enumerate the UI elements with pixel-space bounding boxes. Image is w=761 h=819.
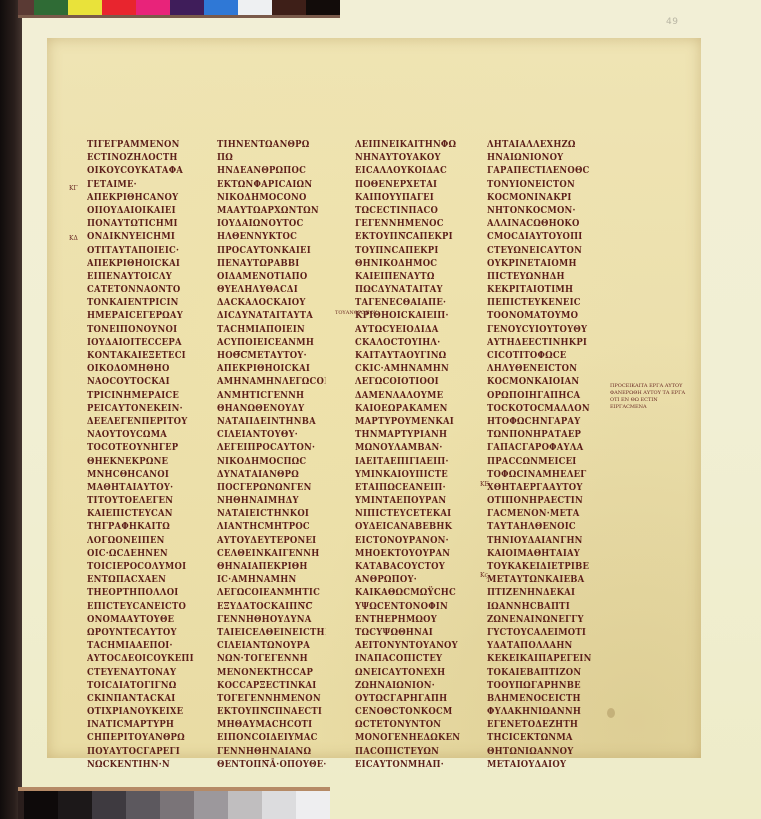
grayscale-calibration-bar bbox=[18, 787, 330, 819]
manuscript-line: ΝΩϹΚΕΝΤΙΗΝ·Ν bbox=[87, 758, 196, 771]
manuscript-line: ΤΟΚΑΙΕΒΑΠΤΙΖΟΝ bbox=[487, 666, 596, 679]
gray-swatch bbox=[58, 791, 92, 819]
manuscript-line: ΠΡΑϹϹΩΝΜΕΙϹΕΙ bbox=[487, 455, 596, 468]
manuscript-line: ΛΕΙΠΝΕΙΚΑΙΤΗΝΦΩ bbox=[355, 138, 464, 151]
manuscript-line: ΘΥΕΛΗΛΥΘΑϹΔΙ bbox=[217, 283, 326, 296]
manuscript-line: ΝΙΠΙϹΤΕΥϹΕΤΕΚΑΙ bbox=[355, 507, 464, 520]
manuscript-line: ΩΡΟΥΝΤΕϹΑΥΤΟΥ bbox=[87, 626, 196, 639]
manuscript-line: ΕΙΠΟΝϹΟΙΔΕΙΥΜΑϹ bbox=[217, 731, 326, 744]
manuscript-line: ΤΟΥΚΑΚΕΙΔΙΕΤΡΙΒΕ bbox=[487, 560, 596, 573]
manuscript-line: ΛΟΓΩΟΝΕΙΠΕΝ bbox=[87, 534, 196, 547]
manuscript-line: ΛΕΓΕΙΠΡΟϹΑΥΤΟΝ· bbox=[217, 441, 326, 454]
manuscript-line: ϹΕΝΟΘϹΤΟΝΚΟϹΜ bbox=[355, 705, 464, 718]
page-number: 49 bbox=[666, 17, 678, 27]
color-swatch bbox=[272, 0, 306, 15]
manuscript-line: ΜΝΗϹΘΗϹΑΝΟΙ bbox=[87, 468, 196, 481]
manuscript-line: ΤΡΙϹΙΝΗΜΕΡΑΙϹΕ bbox=[87, 389, 196, 402]
text-column-2: ΤΙΗΝΕΝΤΩΑΝΘΡΩΠΩΗΝΔΕΑΝΘΡΩΠΟϹΕΚΤΩΝΦΑΡΙϹΑΙΩ… bbox=[217, 138, 335, 771]
manuscript-line: ΑΥΤΟϹΔΕΟΙϹΟΥΚΕΠΙ bbox=[87, 652, 196, 665]
manuscript-line: ΜΕΤΑΥΤΩΝΚΑΙΕΒΑ bbox=[487, 573, 596, 586]
color-swatch bbox=[102, 0, 136, 15]
manuscript-line: ΕΙϹΑΥΤΟΝΜΗΑΠ· bbox=[355, 758, 464, 771]
manuscript-line: ΒΛΗΜΕΝΟϹΕΙϹΤΗ bbox=[487, 692, 596, 705]
color-swatch bbox=[238, 0, 272, 15]
manuscript-line: ΕΝΤΩΠΑϹΧΑΕΝ bbox=[87, 573, 196, 586]
manuscript-line: ΠΕΝΑΥΤΩΡΑΒΒΙ bbox=[217, 257, 326, 270]
margin-correction-note: ΠΡΟϹΕΙΚΑΙΤΑ ΕΡΓΑ ΑΥΤΟΥΦΑΝΕΡΩΘΗ ΑΥΤΟΥ ΤΑ … bbox=[610, 383, 685, 411]
manuscript-line: ΑΠΕΚΡΙΘΗϹΑΝΟΥ bbox=[87, 191, 196, 204]
manuscript-line: ϹΙΛΕΙΑΝΤΟΥΘΥ· bbox=[217, 428, 326, 441]
manuscript-line: ΘΗΝΙΚΟΔΗΜΟϹ bbox=[355, 257, 464, 270]
manuscript-line: ΟΥΚΡΙΝΕΤΑΙΟΜΗ bbox=[487, 257, 596, 270]
manuscript-line: ΚΟϹΜΟΝΚΑΙΟΙΑΝ bbox=[487, 375, 596, 388]
manuscript-line: ΜΑΑΥΤΩΑΡΧΩΝΤΩΝ bbox=[217, 204, 326, 217]
manuscript-line: ΤΗΓΡΑΦΗΚΑΙΤΩ bbox=[87, 520, 196, 533]
manuscript-line: ΖΩΗΝΑΙΩΝΙΟΝ· bbox=[355, 679, 464, 692]
manuscript-line: ΟΡΩΠΟΙΗΓΑΠΗϹΑ bbox=[487, 389, 596, 402]
manuscript-line: ΝΑΤΑΙΕΙϹΤΗΝΚΟΙ bbox=[217, 507, 326, 520]
manuscript-line: ΦΥΛΑΚΗΝΙΩΑΝΝΗ bbox=[487, 705, 596, 718]
manuscript-line: ΑΥΤΩϹΥΕΙΟΔΙΔΑ bbox=[355, 323, 464, 336]
text-column-4: ΛΗΤΑΙΑΛΛΕΧΗΖΩΗΝΑΙΩΝΙΟΝΟΥΓΑΡΑΠΕϹΤΙΛΕΝΟΘϹΤ… bbox=[487, 138, 605, 771]
manuscript-line: ΤΟϹΚΟΤΟϹΜΑΛΛΟΝ bbox=[487, 402, 596, 415]
manuscript-line: ΠΩ bbox=[217, 151, 326, 164]
gray-swatch bbox=[24, 791, 58, 819]
manuscript-line: ΜΩΝΟΥΛΑΜΒΑΝ· bbox=[355, 441, 464, 454]
manuscript-line: ΝΑΟϹΟΥΤΟϹΚΑΙ bbox=[87, 375, 196, 388]
manuscript-line: ΧΘΗΤΑΕΡΓΑΑΥΤΟΥ bbox=[487, 481, 596, 494]
gray-swatch bbox=[228, 791, 262, 819]
manuscript-line: ΑΜΗΝΑΜΗΝΛΕΓΩϹΟΙ bbox=[217, 375, 326, 388]
manuscript-line: ΚΑΤΑΒΑϹΟΥϹΤΟΥ bbox=[355, 560, 464, 573]
manuscript-line: ΝΙΚΟΔΗΜΟϹΠΩϹ bbox=[217, 455, 326, 468]
manuscript-line: ΗΛΘΕΝΝΥΚΤΟϹ bbox=[217, 230, 326, 243]
margin-note-line: ΕΙΡΓΑϹΜΕΝΑ bbox=[610, 404, 685, 411]
manuscript-line: ΟΙϹ·ΩϹΔΕΗΝΕΝ bbox=[87, 547, 196, 560]
manuscript-line: ΔΑΜΕΝΛΑΛΟΥΜΕ bbox=[355, 389, 464, 402]
manuscript-line: ΗΟΘ̅Ϲ̅ΜΕΤΑΥΤΟΥ· bbox=[217, 349, 326, 362]
manuscript-line: ΠΑϹΟΠΙϹΤΕΥΩΝ bbox=[355, 745, 464, 758]
manuscript-line: ΚΑΙΕΙΠΕΝΑΥΤΩ bbox=[355, 270, 464, 283]
manuscript-line: ΔΑϹΚΑΛΟϹΚΑΙΟΥ bbox=[217, 296, 326, 309]
manuscript-line: ΤΟΓΕΓΕΝΝΗΜΕΝΟΝ bbox=[217, 692, 326, 705]
manuscript-line: ΠΩϹΔΥΝΑΤΑΙΤΑΥ bbox=[355, 283, 464, 296]
manuscript-line: ΑΕΙΤΟΝΥΝΤΟΥΑΝΟΥ bbox=[355, 639, 464, 652]
manuscript-line: ΟΙΙΟΥΔΑΙΟΙΚΑΙΕΙ bbox=[87, 204, 196, 217]
margin-section-number: ΚΔ bbox=[69, 235, 78, 242]
margin-section-number: ΚΓ bbox=[69, 185, 78, 192]
manuscript-line: ΝΗΤΟΝΚΟϹΜΟΝ· bbox=[487, 204, 596, 217]
manuscript-line: ΟΤΙΠΟΝΗΡΑΕϹΤΙΝ bbox=[487, 494, 596, 507]
manuscript-line: ΜΗΘΑΥΜΑϹΗϹΟΤΙ bbox=[217, 718, 326, 731]
manuscript-line: ΩϹΤΕΤΟΝΥΝΤΟΝ bbox=[355, 718, 464, 731]
manuscript-line: ΜΕΝΟΝΕΚΤΗϹϹΑΡ bbox=[217, 666, 326, 679]
manuscript-line: ΚΑΙΚΑΘΩϹΜΩΫϹΗϹ bbox=[355, 586, 464, 599]
manuscript-line: ΩΝΕΙϹΑΥΤΟΝΕΧΗ bbox=[355, 666, 464, 679]
manuscript-line: ϹΤΕΥΕΝΑΥΤΟΝΑΥ bbox=[87, 666, 196, 679]
manuscript-line: ΚΑΙΟΙΜΑΘΗΤΑΙΑΥ bbox=[487, 547, 596, 560]
color-swatch bbox=[136, 0, 170, 15]
margin-note-line: ΠΡΟϹΕΙΚΑΙΤΑ ΕΡΓΑ ΑΥΤΟΥ bbox=[610, 383, 685, 390]
photo-left-edge bbox=[0, 0, 24, 819]
manuscript-line: ΝΑΤΑΙΙΔΕΙΝΤΗΝΒΑ bbox=[217, 415, 326, 428]
manuscript-line: ΛΕΓΩϹΟΙΕΑΝΜΗΤΙϹ bbox=[217, 586, 326, 599]
margin-correction: ΤΟΥΑΝΘΡΩΠΟΥ bbox=[335, 310, 377, 316]
manuscript-line: ϹΙΛΕΙΑΝΤΩΝΟΥΡΑ bbox=[217, 639, 326, 652]
manuscript-line: ΛΙΑΝΤΗϹΜΗΤΡΟϹ bbox=[217, 520, 326, 533]
manuscript-line: ΤΟΟΝΟΜΑΤΟΥΜΟ bbox=[487, 309, 596, 322]
manuscript-line: ϹΑΤΕΤΟΝΝΑΟΝΤΟ bbox=[87, 283, 196, 296]
manuscript-line: ΕϹΤΙΝΟΖΗΛΟϹΤΗ bbox=[87, 151, 196, 164]
manuscript-line: ΟΙΔΑΜΕΝΟΤΙΑΠΟ bbox=[217, 270, 326, 283]
manuscript-line: ΘΗΤΩΝΙΩΑΝΝΟΥ bbox=[487, 745, 596, 758]
manuscript-folio: ΤΙΓΕΓΡΑΜΜΕΝΟΝΕϹΤΙΝΟΖΗΛΟϹΤΗΟΙΚΟΥϹΟΥΚΑΤΑΦΑ… bbox=[47, 38, 701, 758]
manuscript-line: ΙϹ·ΑΜΗΝΑΜΗΝ bbox=[217, 573, 326, 586]
manuscript-line: ΠΟΥΑΥΤΟϹΓΑΡΕΓΙ bbox=[87, 745, 196, 758]
manuscript-line: ΕΝΤΗΕΡΗΜΩΟΥ bbox=[355, 613, 464, 626]
manuscript-line: ΡΕΙϹΑΥΤΟΝΕΚΕΙΝ· bbox=[87, 402, 196, 415]
manuscript-line: ΤΗΝΙΟΥΔΑΙΑΝΓΗΝ bbox=[487, 534, 596, 547]
manuscript-line: ΤΟΝΕΙΠΟΝΟΥΝΟΙ bbox=[87, 323, 196, 336]
manuscript-line: ΑΝΘΡΩΠΟΥ· bbox=[355, 573, 464, 586]
manuscript-line: ΝΗΝΑΥΤΟΥΑΚΟΥ bbox=[355, 151, 464, 164]
manuscript-line: ΑΠΕΚΡΙΘΗΟΙϹΚΑΙ bbox=[217, 362, 326, 375]
manuscript-line: ΤΟΝΥΙΟΝΕΙϹΤΟΝ bbox=[487, 178, 596, 191]
manuscript-line: ΟΙΚΟΔΟΜΗΘΗΟ bbox=[87, 362, 196, 375]
manuscript-line: ΔΥΝΑΤΑΙΑΝΘΡΩ bbox=[217, 468, 326, 481]
manuscript-line: ΔΕΕΛΕΓΕΝΠΕΡΙΤΟΥ bbox=[87, 415, 196, 428]
manuscript-line: ΤΑΥΤΑΗΛΘΕΝΟΙϹ bbox=[487, 520, 596, 533]
manuscript-line: ΓΕΓΕΝΝΗΜΕΝΟϹ bbox=[355, 217, 464, 230]
manuscript-line: ΘΗΑΝΩΘΕΝΟΥΔΥ bbox=[217, 402, 326, 415]
manuscript-line: ΕΓΕΝΕΤΟΔΕΖΗΤΗ bbox=[487, 718, 596, 731]
manuscript-line: ΟΤΙΤΑΥΤΑΠΟΙΕΙϹ· bbox=[87, 244, 196, 257]
manuscript-line: ΛΗΤΑΙΑΛΛΕΧΗΖΩ bbox=[487, 138, 596, 151]
manuscript-line: ΓΕΝΝΗΘΗΟΥΔΥΝΑ bbox=[217, 613, 326, 626]
manuscript-line: ΤΑϹΗΜΙΑΠΟΙΕΙΝ bbox=[217, 323, 326, 336]
manuscript-line: ΟΥΔΕΙϹΑΝΑΒΕΒΗΚ bbox=[355, 520, 464, 533]
manuscript-line: ΠΤΙΖΕΝΗΝΔΕΚΑΙ bbox=[487, 586, 596, 599]
manuscript-line: ΤΑΓΕΝΕϹΘΑΙΑΠΕ· bbox=[355, 296, 464, 309]
text-column-3: ΛΕΙΠΝΕΙΚΑΙΤΗΝΦΩΝΗΝΑΥΤΟΥΑΚΟΥΕΙϹΑΛΛΟΥΚΟΙΔΑ… bbox=[355, 138, 473, 771]
manuscript-line: ΟΝΟΜΑΑΥΤΟΥΘΕ bbox=[87, 613, 196, 626]
manuscript-line: ΚΑΙΠΟΥΥΠΑΓΕΙ bbox=[355, 191, 464, 204]
manuscript-line: ΓΥϹΤΟΥϹΑΛΕΙΜΟΤΙ bbox=[487, 626, 596, 639]
manuscript-line: ϹΤΕΥΩΝΕΙϹΑΥΤΟΝ bbox=[487, 244, 596, 257]
manuscript-line: ΕΙϹΤΟΝΟΥΡΑΝΟΝ· bbox=[355, 534, 464, 547]
color-swatch bbox=[204, 0, 238, 15]
manuscript-line: ΠΡΟϹΑΥΤΟΝΚΑΙΕΙ bbox=[217, 244, 326, 257]
manuscript-line: ΜΑΘΗΤΑΙΑΥΤΟΥ· bbox=[87, 481, 196, 494]
manuscript-line: ΤΩϹΥΨΩΘΗΝΑΙ bbox=[355, 626, 464, 639]
manuscript-line: ϹΕΛΘΕΙΝΚΑΙΓΕΝΝΗ bbox=[217, 547, 326, 560]
manuscript-line: ΕΠΙϹΤΕΥϹΑΝΕΙϹΤΟ bbox=[87, 600, 196, 613]
manuscript-line: ΚΑΙΤΑΥΤΑΟΥΓΙΝΩ bbox=[355, 349, 464, 362]
manuscript-line: ΤΗΝΜΑΡΤΥΡΙΑΝΗ bbox=[355, 428, 464, 441]
manuscript-line: ΤΙΤΟΥΤΟΕΛΕΓΕΝ bbox=[87, 494, 196, 507]
manuscript-line: ΤΟΙϹΔΙΑΤΟΓΙΓΝΩ bbox=[87, 679, 196, 692]
manuscript-line: ΙΝΑΠΑϹΟΠΙϹΤΕΥ bbox=[355, 652, 464, 665]
manuscript-line: ΕΚΤΟΥΠΝ̅Ϲ̅ΑΠΕΚΡΙ bbox=[355, 230, 464, 243]
manuscript-line: ΠΟΘΕΝΕΡΧΕΤΑΙ bbox=[355, 178, 464, 191]
manuscript-line: ΝΙΚΟΔΗΜΟϹΟΝΟ bbox=[217, 191, 326, 204]
manuscript-line: ΓΑΡΑΠΕϹΤΙΛΕΝΟΘϹ bbox=[487, 164, 596, 177]
manuscript-line: ΙΝΑΤΙϹΜΑΡΤΥΡΗ bbox=[87, 718, 196, 731]
manuscript-line: ΚΕΚΕΙΚΑΙΠΑΡΕΓΕΙΝ bbox=[487, 652, 596, 665]
manuscript-line: ΑΛΛΙΝΑϹΩΘΗΟΚΟ bbox=[487, 217, 596, 230]
manuscript-line: ΜΗΟΕΚΤΟΥΟΥΡΑΝ bbox=[355, 547, 464, 560]
manuscript-line: ΝΗΘΗΝΑΙΜΗΔΥ bbox=[217, 494, 326, 507]
gray-swatch bbox=[262, 791, 296, 819]
manuscript-line: ϹΙϹΟΤΙΤΟΦΩϹΕ bbox=[487, 349, 596, 362]
gray-swatch bbox=[160, 791, 194, 819]
manuscript-line: ΑΝΜΗΤΙϹΓΕΝΝΗ bbox=[217, 389, 326, 402]
manuscript-line: ΠΙϹΤΕΥΩΝΗΔΗ bbox=[487, 270, 596, 283]
manuscript-line: ΙΑΕΙΤΑΕΠΙΓΙΑΕΙΠ· bbox=[355, 455, 464, 468]
manuscript-line: ΚΕΚΡΙΤΑΙΟΤΙΜΗ bbox=[487, 283, 596, 296]
manuscript-line: ΗΤΟΦΩϹΗΝΓΑΡΑΥ bbox=[487, 415, 596, 428]
manuscript-line: ΟΝΔΙΚΝΥΕΙϹΗΜΙ bbox=[87, 230, 196, 243]
manuscript-line: ΕΚΤΟΥΠΝ̅Ϲ̅ΠΝΑΕϹΤΙ bbox=[217, 705, 326, 718]
manuscript-line: ΠΟΝΑΥΤΩΤΙϹΗΜΙ bbox=[87, 217, 196, 230]
manuscript-line: ΜΑΡΤΥΡΟΥΜΕΝΚΑΙ bbox=[355, 415, 464, 428]
manuscript-line: ΤΟΦΩϹΙΝΑΜΗΕΛΕΓ bbox=[487, 468, 596, 481]
manuscript-line: ΥΨΩϹΕΝΤΟΝΟΦΙΝ bbox=[355, 600, 464, 613]
manuscript-line: ΚΟΝΤΑΚΑΙΕΞΕΤΕϹΙ bbox=[87, 349, 196, 362]
manuscript-line: ΤΙΗΝΕΝΤΩΑΝΘΡΩ bbox=[217, 138, 326, 151]
gray-swatch bbox=[296, 791, 330, 819]
color-swatch bbox=[68, 0, 102, 15]
manuscript-line: ΓΕΝΝΗΘΗΝΑΙΑΝΩ bbox=[217, 745, 326, 758]
manuscript-line: ΚΟϹϹΑΡΞΕϹΤΙΝΚΑΙ bbox=[217, 679, 326, 692]
manuscript-line: ΕΙϹΑΛΛΟΥΚΟΙΔΑϹ bbox=[355, 164, 464, 177]
manuscript-line: ΗΜΕΡΑΙϹΕΓΕΡΩΑΥ bbox=[87, 309, 196, 322]
margin-section-number: ΚΕ bbox=[480, 481, 489, 488]
manuscript-line: ΤΟΥΠΝϹΑΠΕΚΡΙ bbox=[355, 244, 464, 257]
manuscript-line: ΘΗΕΚΝΕΚΡΩΝΕ bbox=[87, 455, 196, 468]
manuscript-line: ΤΟϹΟΤΕΟΥΝΗΓΕΡ bbox=[87, 441, 196, 454]
manuscript-line: ΘΗΝΑΙΑΠΕΚΡΙΘΗ bbox=[217, 560, 326, 573]
manuscript-line: ΠΟϹΓΕΡΩΝΩΝΓΕΝ bbox=[217, 481, 326, 494]
gray-swatch bbox=[194, 791, 228, 819]
manuscript-line: ΥΜΙΝΚΑΙΟΥΠΙϹΤΕ bbox=[355, 468, 464, 481]
manuscript-line: ΚΑΙΕΠΙϹΤΕΥϹΑΝ bbox=[87, 507, 196, 520]
manuscript-line: ΑΥΤΗΔΕΕϹΤΙΝΗΚΡΙ bbox=[487, 336, 596, 349]
manuscript-line: ΝΑΟΥΤΟΥϹΩΜΑ bbox=[87, 428, 196, 441]
manuscript-line: ΛΕΓΩϹΟΙΟΤΙΟΟΙ bbox=[355, 375, 464, 388]
manuscript-line: ΥΜΙΝΤΑΕΠΟΥΡΑΝ bbox=[355, 494, 464, 507]
manuscript-line: ΔΙϹΔΥΝΑΤΑΙΤΑΥΤΑ bbox=[217, 309, 326, 322]
manuscript-line: ΤΗΕΟΡΤΗΠΟΛΛΟΙ bbox=[87, 586, 196, 599]
margin-section-number: Κϛ bbox=[480, 572, 488, 579]
manuscript-line: ΑΠΕΚΡΙΘΗΟΙϹΚΑΙ bbox=[87, 257, 196, 270]
manuscript-line: ΟΙΚΟΥϹΟΥΚΑΤΑΦΑ bbox=[87, 164, 196, 177]
manuscript-line: ΕΙΠΕΝΑΥΤΟΙϹΛΥ bbox=[87, 270, 196, 283]
color-calibration-bar bbox=[18, 0, 340, 18]
manuscript-line: ΙΟΥΔΑΙΟΙΤΕϹϹΕΡΑ bbox=[87, 336, 196, 349]
manuscript-line: ϹΚΙϹ·ΑΜΗΝΑΜΗΝ bbox=[355, 362, 464, 375]
text-column-1: ΤΙΓΕΓΡΑΜΜΕΝΟΝΕϹΤΙΝΟΖΗΛΟϹΤΗΟΙΚΟΥϹΟΥΚΑΤΑΦΑ… bbox=[87, 138, 205, 771]
manuscript-line: ΚΟϹΜΟΝΙΝΑΚΡΙ bbox=[487, 191, 596, 204]
manuscript-line: ΤΟΙϹΙΕΡΟϹΟΛΥΜΟΙ bbox=[87, 560, 196, 573]
gray-swatch bbox=[126, 791, 160, 819]
manuscript-line: ΕΞΥΔΑΤΟϹΚΑΙΠΝ̅Ϲ̅ bbox=[217, 600, 326, 613]
manuscript-line: ΤΙΓΕΓΡΑΜΜΕΝΟΝ bbox=[87, 138, 196, 151]
manuscript-line: ΥΔΑΤΑΠΟΛΛΑΗΝ bbox=[487, 639, 596, 652]
manuscript-line: ϹΗΠΕΡΙΤΟΥΑΝΘΡΩ bbox=[87, 731, 196, 744]
manuscript-line: ΕΤΑΙΠΩϹΕΑΝΕΙΠ· bbox=[355, 481, 464, 494]
manuscript-line: ϹΚΑΛΟϹΤΟΥΙΗΛ· bbox=[355, 336, 464, 349]
margin-note-line: ΦΑΝΕΡΩΘΗ ΑΥΤΟΥ ΤΑ ΕΡΓΑ bbox=[610, 390, 685, 397]
manuscript-line: ΤΩϹΕϹΤΙΝΠΑϹΟ bbox=[355, 204, 464, 217]
manuscript-line: ΤΑΙΕΙϹΕΛΘΕΙΝΕΙϹΤΗΝΒΑ bbox=[217, 626, 326, 639]
manuscript-line: ΠΕΠΙϹΤΕΥΚΕΝΕΙϹ bbox=[487, 296, 596, 309]
manuscript-line: ΓΕΤΑΙΜΕ· bbox=[87, 178, 196, 191]
parchment-stain bbox=[607, 708, 615, 718]
manuscript-line: ΘΕΝΤΟΠΝ̅Ā·ΟΠΟΥΘΕ· bbox=[217, 758, 326, 771]
manuscript-line: ϹΚΙΝΠΑΝΤΑϹΚΑΙ bbox=[87, 692, 196, 705]
manuscript-line: ΟΤΙΧΡΙΑΝΟΥΚΕΙΧΕ bbox=[87, 705, 196, 718]
manuscript-line: ΗΝΑΙΩΝΙΟΝΟΥ bbox=[487, 151, 596, 164]
manuscript-line: ΕΚΤΩΝΦΑΡΙϹΑΙΩΝ bbox=[217, 178, 326, 191]
manuscript-line: ΤΩΝΠΟΝΗΡΑΤΑΕΡ bbox=[487, 428, 596, 441]
gray-swatch bbox=[92, 791, 126, 819]
color-swatch bbox=[34, 0, 68, 15]
manuscript-line: ΟΥΤΩϹΓΑΡΗΓΑΠΗ bbox=[355, 692, 464, 705]
manuscript-line: ΗΝΔΕΑΝΘΡΩΠΟϹ bbox=[217, 164, 326, 177]
margin-note-line: ΟΤΙ ΕΝ ΘΩ ΕϹΤΙΝ bbox=[610, 397, 685, 404]
manuscript-line: ΝΩΝ·ΤΟΓΕΓΕΝΝΗ bbox=[217, 652, 326, 665]
manuscript-line: ΓΕΝΟΥϹΥΙΟΥΤΟΥΘΥ bbox=[487, 323, 596, 336]
manuscript-line: ΙΟΥΔΑΙΩΝΟΥΤΟϹ bbox=[217, 217, 326, 230]
manuscript-line: ΜΕΤΑΙΟΥΔΑΙΟΥ bbox=[487, 758, 596, 771]
manuscript-line: ΤΟΝΚΑΙΕΝΤΡΙϹΙΝ bbox=[87, 296, 196, 309]
manuscript-line: ΓΑϹΜΕΝΟΝ·ΜΕΤΑ bbox=[487, 507, 596, 520]
manuscript-line: ΤΗϹΙϹΕΚΤΩΝΜΑ bbox=[487, 731, 596, 744]
manuscript-line: ΖΩΝΕΝΑΙΝΩΝΕΓΓΥ bbox=[487, 613, 596, 626]
manuscript-line: ΜΟΝΟΓΕΝΗΕΔΩΚΕΝ bbox=[355, 731, 464, 744]
manuscript-line: ΑΥΤΟΥΔΕΥΤΕΡΟΝΕΙ bbox=[217, 534, 326, 547]
color-swatch bbox=[306, 0, 340, 15]
manuscript-line: ϹΜΟϹΔΙΑΥΤΟΥΟΠΙ bbox=[487, 230, 596, 243]
manuscript-line: ΚΑΙΟΕΩΡΑΚΑΜΕΝ bbox=[355, 402, 464, 415]
color-swatch bbox=[170, 0, 204, 15]
manuscript-line: ΤΑϹΗΜΙΑΑΕΠΟΙ· bbox=[87, 639, 196, 652]
manuscript-line: ΛΗΛΥΘΕΝΕΙϹΤΟΝ bbox=[487, 362, 596, 375]
manuscript-line: ΑϹΥΠΟΙΕΙϹΕΑΝΜΗ bbox=[217, 336, 326, 349]
manuscript-line: ΙΩΑΝΝΗϹΒΑΠΤΙ bbox=[487, 600, 596, 613]
manuscript-line: ΓΑΠΑϹΓΑΡΟΦΑΥΛΑ bbox=[487, 441, 596, 454]
manuscript-line: ΤΟΟΥΠΩΓΑΡΗΝΒΕ bbox=[487, 679, 596, 692]
